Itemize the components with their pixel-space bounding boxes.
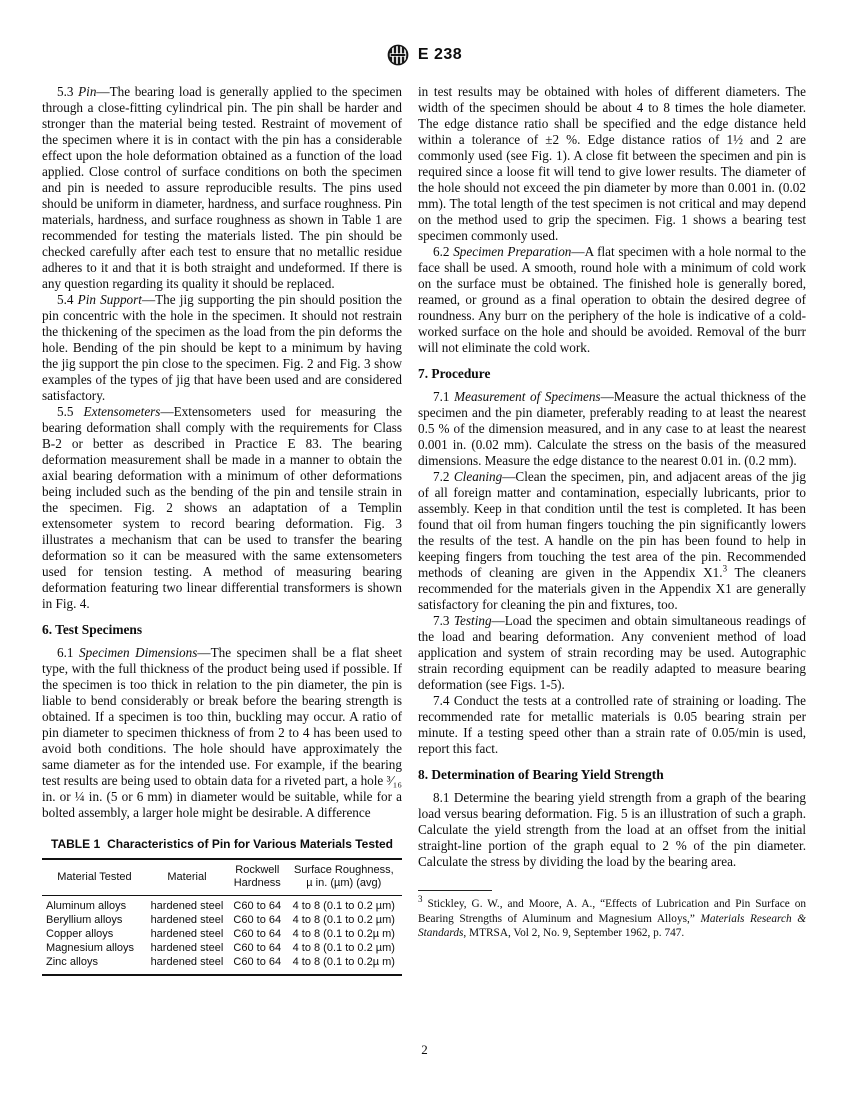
paragraph-7-3: 7.3 Testing—Load the specimen and obtain… (418, 613, 806, 693)
section-number: 5.4 (57, 292, 73, 307)
section-number: 5.5 (57, 404, 73, 419)
cell-roughness: 4 to 8 (0.1 to 0.2µ m) (286, 928, 402, 942)
section-number: 7.1 (433, 389, 449, 404)
section-number: 8.1 (433, 790, 449, 805)
paragraph-text: —The specimen shall be a flat sheet type… (42, 645, 402, 820)
col-header-surface-roughness: Surface Roughness, µ in. (µm) (avg) (286, 859, 402, 896)
document-body: 5.3 Pin—The bearing load is generally ap… (42, 84, 806, 976)
cell-material: hardened steel (145, 896, 229, 914)
paragraph-5-5: 5.5 Extensometers—Extensometers used for… (42, 404, 402, 612)
cell-roughness: 4 to 8 (0.1 to 0.2 µm) (286, 914, 402, 928)
paragraph-6-2: 6.2 Specimen Preparation—A flat specimen… (418, 244, 806, 356)
table-row: Beryllium alloys hardened steel C60 to 6… (42, 914, 402, 928)
astm-logo-icon (387, 44, 409, 66)
table-1-caption: Characteristics of Pin for Various Mater… (107, 837, 393, 851)
right-column: in test results may be obtained with hol… (418, 84, 806, 976)
paragraph-6-1-continuation: in test results may be obtained with hol… (418, 84, 806, 244)
footnote-citation-end: , MTRSA, Vol 2, No. 9, September 1962, p… (463, 927, 684, 939)
paragraph-7-2: 7.2 Cleaning—Clean the specimen, pin, an… (418, 469, 806, 613)
cell-material-tested: Aluminum alloys (42, 896, 145, 914)
section-number: 5.3 (57, 84, 73, 99)
paragraph-text: Determine the bearing yield strength fro… (418, 790, 806, 869)
left-column: 5.3 Pin—The bearing load is generally ap… (42, 84, 402, 976)
col-header-rockwell-hardness: Rockwell Hardness (229, 859, 286, 896)
section-number: 6.1 (57, 645, 73, 660)
paragraph-8-1: 8.1 Determine the bearing yield strength… (418, 790, 806, 870)
section-term: Pin (78, 84, 96, 99)
document-header: E 238 (0, 44, 849, 66)
footnote-divider (418, 890, 492, 891)
footnote-3: 3 Stickley, G. W., and Moore, A. A., “Ef… (418, 890, 806, 941)
footnote-text: 3 Stickley, G. W., and Moore, A. A., “Ef… (418, 897, 806, 941)
section-term: Cleaning (454, 469, 502, 484)
standard-designation: E 238 (418, 46, 462, 64)
section-term: Extensometers (84, 404, 161, 419)
cell-roughness: 4 to 8 (0.1 to 0.2µ m) (286, 956, 402, 976)
heading-procedure: 7. Procedure (418, 366, 806, 382)
table-1-block: TABLE 1Characteristics of Pin for Variou… (42, 837, 402, 976)
paragraph-text: —The jig supporting the pin should posit… (42, 292, 402, 403)
paragraph-text: —Extensometers used for measuring the be… (42, 404, 402, 611)
heading-test-specimens: 6. Test Specimens (42, 622, 402, 638)
section-term: Specimen Dimensions (79, 645, 197, 660)
section-term: Measurement of Specimens (454, 389, 600, 404)
cell-material: hardened steel (145, 956, 229, 976)
paragraph-6-1: 6.1 Specimen Dimensions—The specimen sha… (42, 645, 402, 821)
table-1: Material Tested Material Rockwell Hardne… (42, 858, 402, 976)
section-number: 7.4 (433, 693, 449, 708)
section-number: 6.2 (433, 244, 449, 259)
section-term: Specimen Preparation (453, 244, 571, 259)
paragraph-5-4: 5.4 Pin Support—The jig supporting the p… (42, 292, 402, 404)
cell-hardness: C60 to 64 (229, 942, 286, 956)
paragraph-text: —The bearing load is generally applied t… (42, 84, 402, 291)
cell-material-tested: Zinc alloys (42, 956, 145, 976)
cell-hardness: C60 to 64 (229, 928, 286, 942)
cell-roughness: 4 to 8 (0.1 to 0.2 µm) (286, 942, 402, 956)
table-row: Copper alloys hardened steel C60 to 64 4… (42, 928, 402, 942)
paragraph-text: —Clean the specimen, pin, and adjacent a… (418, 469, 806, 580)
cell-material: hardened steel (145, 914, 229, 928)
table-row: Aluminum alloys hardened steel C60 to 64… (42, 896, 402, 914)
table-header-row: Material Tested Material Rockwell Hardne… (42, 859, 402, 896)
heading-determination-bearing-yield-strength: 8. Determination of Bearing Yield Streng… (418, 767, 806, 783)
col-header-material: Material (145, 859, 229, 896)
paragraph-text: Conduct the tests at a controlled rate o… (418, 693, 806, 756)
section-number: 7.3 (433, 613, 449, 628)
page-number: 2 (0, 1042, 849, 1058)
cell-material: hardened steel (145, 928, 229, 942)
section-number: 7.2 (433, 469, 449, 484)
section-term: Testing (454, 613, 492, 628)
cell-material-tested: Beryllium alloys (42, 914, 145, 928)
cell-hardness: C60 to 64 (229, 956, 286, 976)
section-term: Pin Support (78, 292, 142, 307)
cell-material-tested: Copper alloys (42, 928, 145, 942)
table-1-title: TABLE 1Characteristics of Pin for Variou… (42, 837, 402, 851)
cell-material: hardened steel (145, 942, 229, 956)
col-header-material-tested: Material Tested (42, 859, 145, 896)
paragraph-text: —A flat specimen with a hole normal to t… (418, 244, 806, 355)
table-row: Magnesium alloys hardened steel C60 to 6… (42, 942, 402, 956)
table-row: Zinc alloys hardened steel C60 to 64 4 t… (42, 956, 402, 976)
table-1-label: TABLE 1 (51, 837, 100, 851)
cell-hardness: C60 to 64 (229, 896, 286, 914)
cell-material-tested: Magnesium alloys (42, 942, 145, 956)
paragraph-7-4: 7.4 Conduct the tests at a controlled ra… (418, 693, 806, 757)
paragraph-5-3: 5.3 Pin—The bearing load is generally ap… (42, 84, 402, 292)
cell-roughness: 4 to 8 (0.1 to 0.2 µm) (286, 896, 402, 914)
paragraph-7-1: 7.1 Measurement of Specimens—Measure the… (418, 389, 806, 469)
cell-hardness: C60 to 64 (229, 914, 286, 928)
